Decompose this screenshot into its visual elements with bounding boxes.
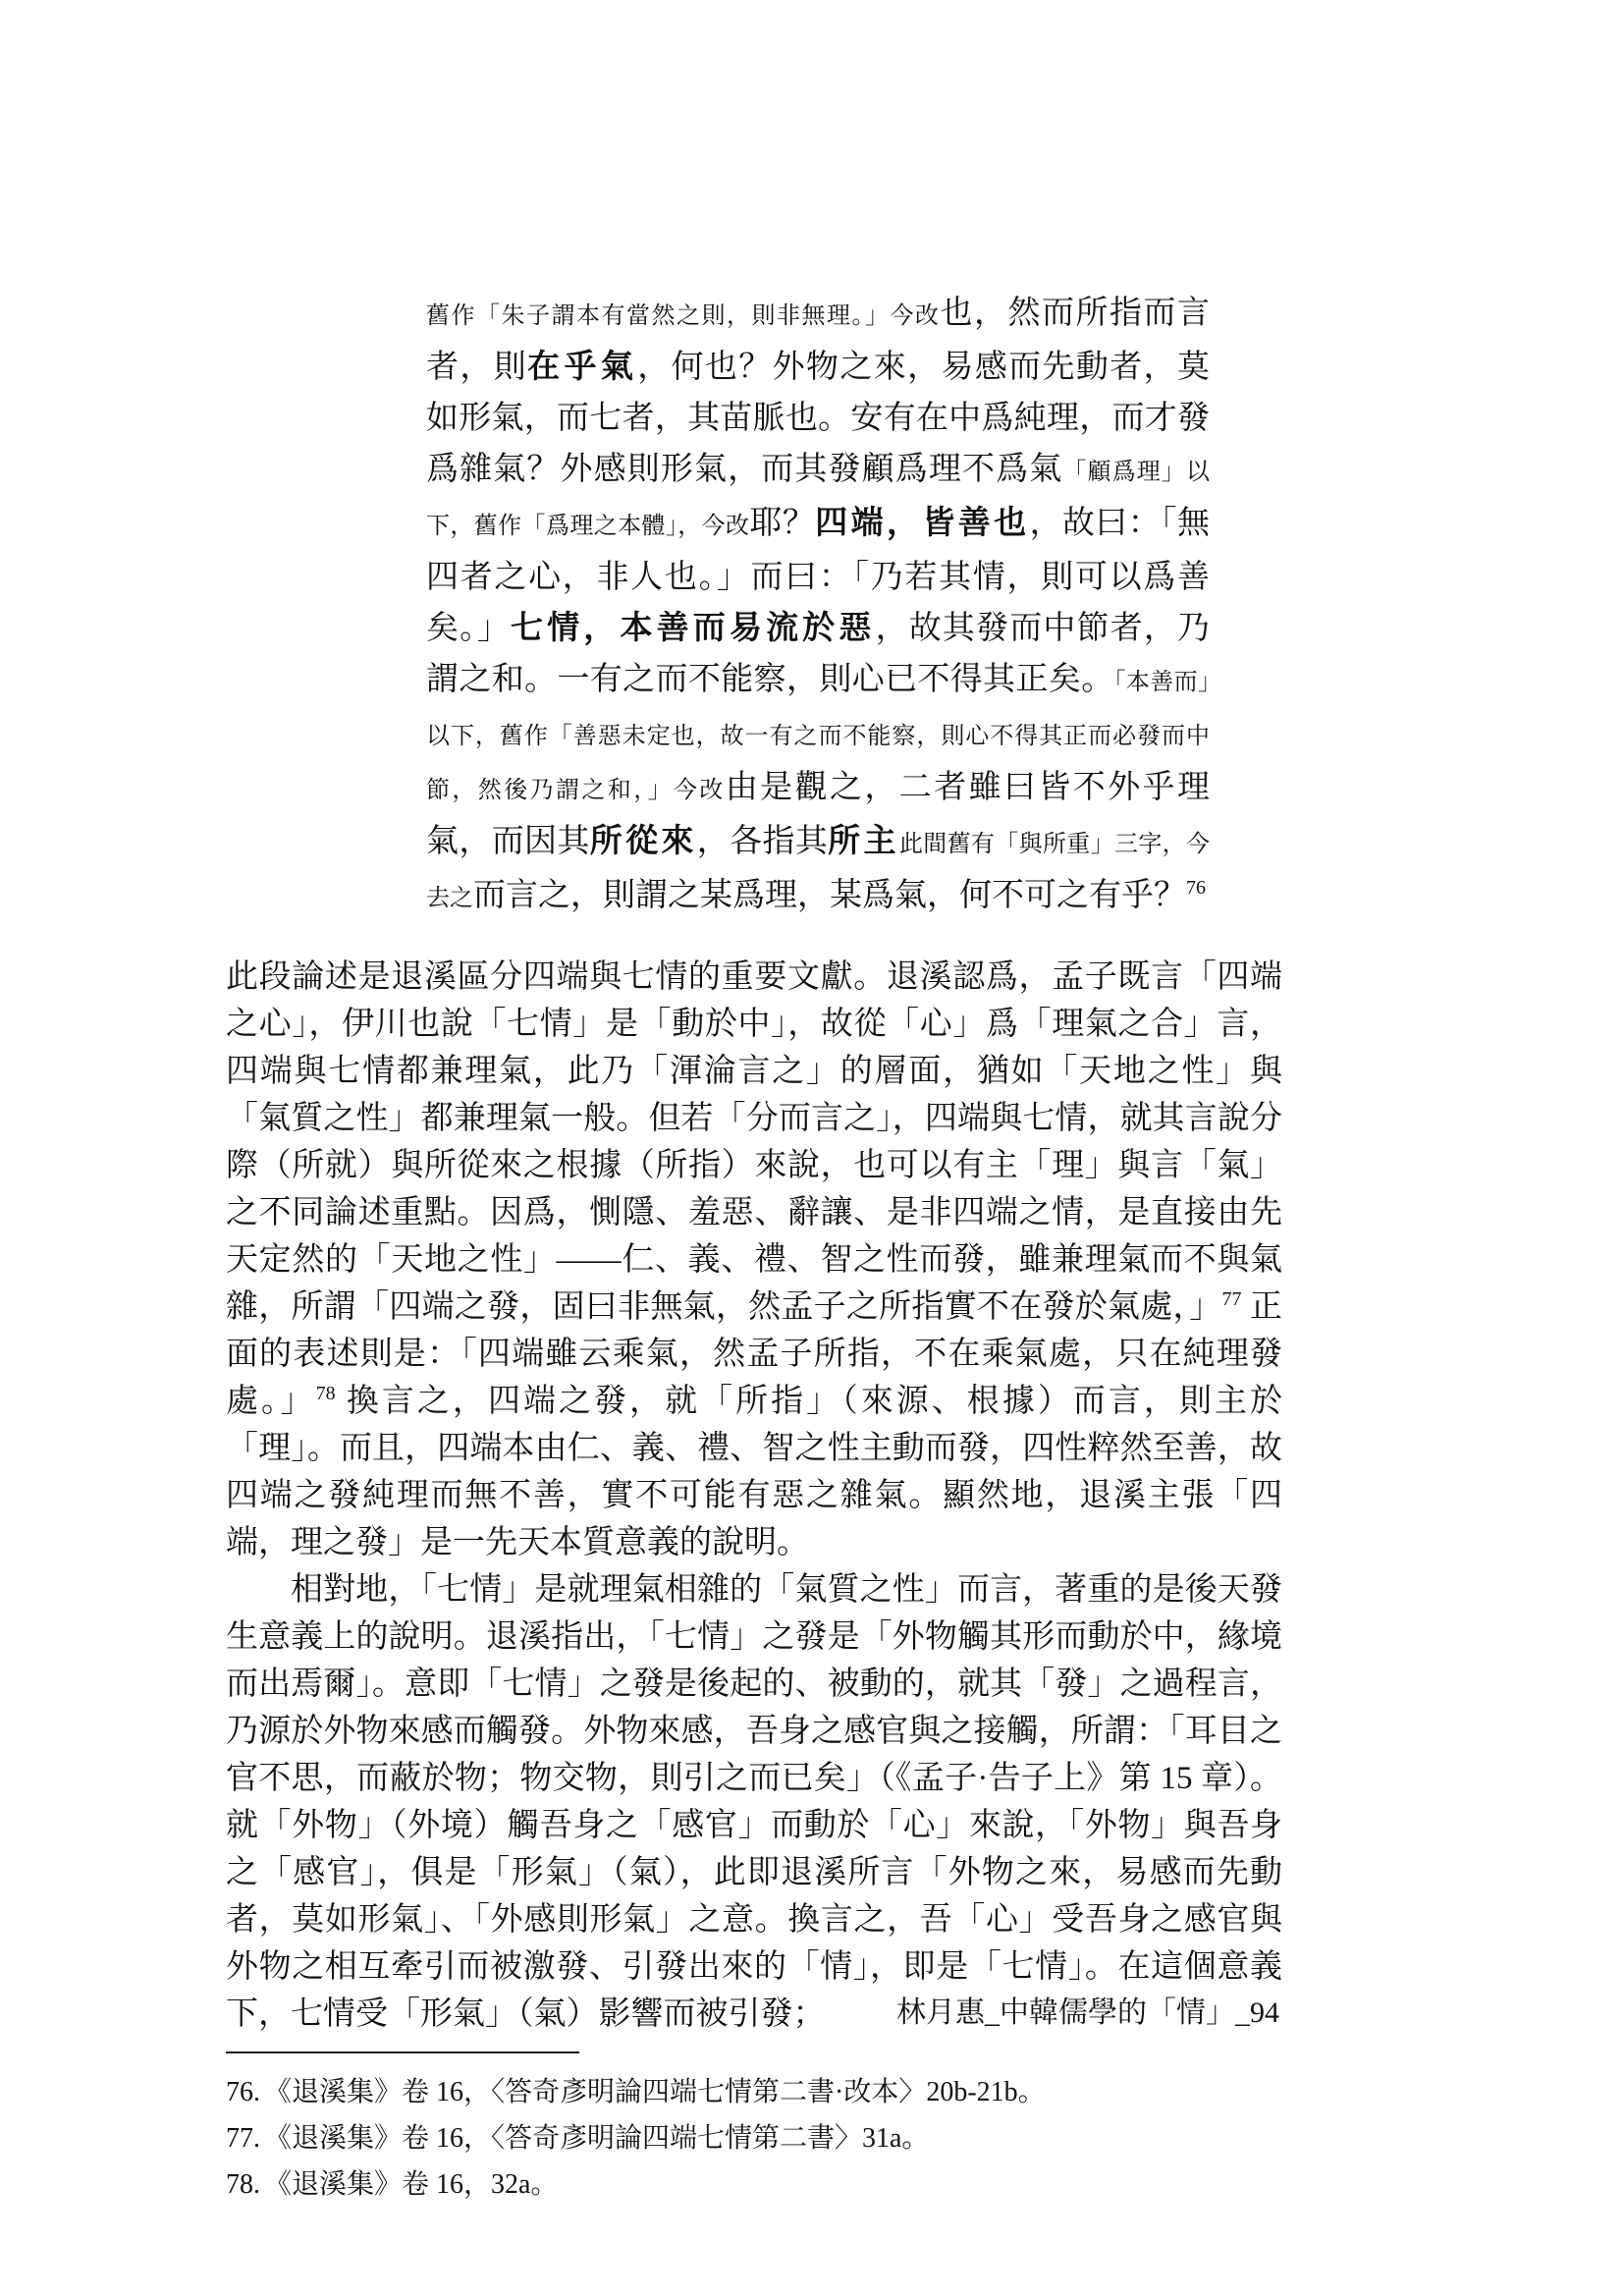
footnote-number: 78. xyxy=(226,2169,260,2200)
paragraph-2: 相對地，「七情」是就理氣相雜的「氣質之性」而言，著重的是後天發生意義上的說明。退… xyxy=(226,1566,1282,2038)
text-run: 76 xyxy=(1186,877,1206,899)
footnote-text: 《退溪集》卷 16，〈答奇彥明論四端七情第二書·改本〉20b-21b。 xyxy=(264,2077,1046,2107)
text-run: 耶？ xyxy=(749,506,815,541)
text-run: 四端，皆善也 xyxy=(815,506,1029,541)
text-run: 所主 xyxy=(828,824,899,859)
text-run: 而言之，則謂之某爲理，某爲氣，何不可之有乎？ xyxy=(473,878,1186,913)
footnote-text: 《退溪集》卷 16，〈答奇彥明論四端七情第二書〉31a。 xyxy=(264,2123,929,2154)
text-run: 相對地，「七情」是就理氣相雜的「氣質之性」而言，著重的是後天發生意義上的說明。退… xyxy=(226,1572,1282,2032)
footnote-text: 《退溪集》卷 16，32a。 xyxy=(264,2169,558,2200)
page-content: 舊作「朱子謂本有當然之則，則非無理。」今改也，然而所指而言者，則在乎氣，何也？外… xyxy=(226,0,1282,2208)
footnote-separator xyxy=(226,2051,579,2053)
footnote-number: 77. xyxy=(226,2123,260,2154)
text-run: 在乎氣 xyxy=(527,350,637,385)
document-page: 舊作「朱子謂本有當然之則，則非無理。」今改也，然而所指而言者，則在乎氣，何也？外… xyxy=(0,0,1623,2296)
footnote-item: 77.《退溪集》卷 16，〈答奇彥明論四端七情第二書〉31a。 xyxy=(226,2115,1282,2161)
block-quote: 舊作「朱子謂本有當然之則，則非無理。」今改也，然而所指而言者，則在乎氣，何也？外… xyxy=(426,288,1210,924)
text-run: ，各指其 xyxy=(697,824,828,859)
text-run: 77 xyxy=(1222,1288,1242,1310)
text-run: 換言之，四端之發，就「所指」（來源、根據）而言，則主於「理」。而且，四端本由仁、… xyxy=(226,1384,1282,1560)
text-run: 舊作「朱子謂本有當然之則，則非無理。」今改 xyxy=(426,303,941,329)
footnote-item: 78.《退溪集》卷 16，32a。 xyxy=(226,2161,1282,2208)
text-run: 所從來 xyxy=(590,824,697,859)
paragraph-1: 此段論述是退溪區分四端與七情的重要文獻。退溪認爲，孟子既言「四端之心」，伊川也說… xyxy=(226,954,1282,1566)
footnote-item: 76.《退溪集》卷 16，〈答奇彥明論四端七情第二書·改本〉20b-21b。 xyxy=(226,2069,1282,2115)
footnote-number: 76. xyxy=(226,2077,260,2107)
footnotes: 76.《退溪集》卷 16，〈答奇彥明論四端七情第二書·改本〉20b-21b。 7… xyxy=(226,2069,1282,2208)
text-run: 七情，本善而易流於惡 xyxy=(511,611,876,646)
text-run: 78 xyxy=(316,1383,336,1404)
page-footer: 林月惠_中韓儒學的「情」_94 xyxy=(896,1988,1279,2031)
text-run: 此段論述是退溪區分四端與七情的重要文獻。退溪認爲，孟子既言「四端之心」，伊川也說… xyxy=(226,959,1282,1325)
